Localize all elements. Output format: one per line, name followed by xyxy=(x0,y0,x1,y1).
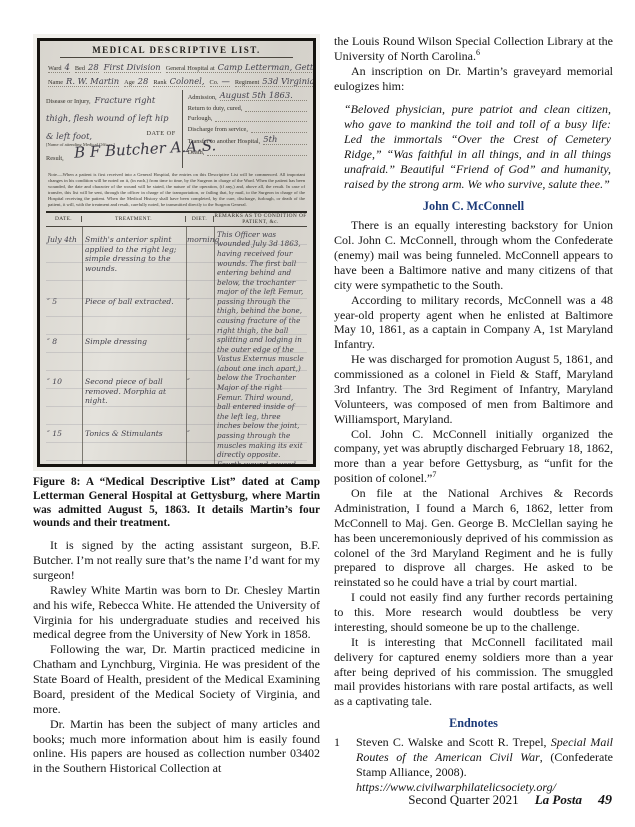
date-row-value: 5th xyxy=(263,134,307,145)
endnote-authors: Steven C. Walske and Scott R. Trepel, xyxy=(356,735,551,749)
form-date-block: Admission,August 5th 1863. Return to dut… xyxy=(182,90,307,168)
medical-descriptive-list-scan: MEDICAL DESCRIPTIVE LIST. Ward4 Bed28 Fi… xyxy=(33,34,320,471)
two-column-layout: MEDICAL DESCRIPTIVE LIST. Ward4 Bed28 Fi… xyxy=(33,34,613,795)
endnote-item: 1 Steven C. Walske and Scott R. Trepel, … xyxy=(334,735,613,795)
treatment-table-header: DATE. TREATMENT. DIET. REMARKS AS TO CON… xyxy=(46,213,307,227)
paragraph-text: the Louis Round Wilson Special Collectio… xyxy=(334,34,613,63)
date-row-value xyxy=(207,147,307,156)
date-row-label: Return to duty, cured, xyxy=(188,105,243,112)
remarks-text: This Officer was wounded July 3d 1863, h… xyxy=(217,230,305,467)
form-disease-block: Disease or Injury, Fracture right thigh,… xyxy=(46,90,182,168)
entry-treatment: Simple dressing xyxy=(85,337,183,347)
entry-date: ″ 8 xyxy=(47,337,81,346)
epitaph-quote: “Beloved physician, pure patriot and cle… xyxy=(344,102,611,193)
body-paragraph: Dr. Martin has been the subject of many … xyxy=(33,717,320,777)
handwritten-value: Camp Letterman, Gettysburg xyxy=(218,62,316,72)
column-header-date: DATE. xyxy=(46,216,82,222)
column-header-treatment: TREATMENT. xyxy=(82,216,186,222)
footnote-marker: 7 xyxy=(432,470,436,479)
handwritten-value: 28 xyxy=(138,76,149,86)
entry-diet: ″ xyxy=(187,337,212,346)
form-label: Co. xyxy=(210,79,219,86)
treatment-table-body: July 4th Smith's anterior splint applied… xyxy=(46,227,307,467)
magazine-page: MEDICAL DESCRIPTIVE LIST. Ward4 Bed28 Fi… xyxy=(33,34,613,795)
entry-diet: ″ xyxy=(187,429,212,438)
date-row-label: Furlough, xyxy=(188,115,213,122)
body-paragraph: It is interesting that McConnell facilit… xyxy=(334,635,613,709)
form-row-name: NameR. W. Martin Age28 RankColonel, Co.—… xyxy=(48,76,305,87)
body-paragraph: the Louis Round Wilson Special Collectio… xyxy=(334,34,613,64)
left-column: MEDICAL DESCRIPTIVE LIST. Ward4 Bed28 Fi… xyxy=(33,34,320,795)
form-label: Name xyxy=(48,79,63,86)
footer-issue: Second Quarter 2021 xyxy=(408,792,518,807)
page-footer: Second Quarter 2021La Posta49 xyxy=(408,792,612,809)
entry-date: ″ 15 xyxy=(47,429,81,438)
entry-treatment: Smith's anterior splint applied to the r… xyxy=(85,235,183,274)
form-row-ward: Ward4 Bed28 First Division General Hospi… xyxy=(48,62,305,73)
form-label: Bed xyxy=(75,65,85,72)
disease-label: Disease or Injury, xyxy=(46,98,91,105)
treatment-table: DATE. TREATMENT. DIET. REMARKS AS TO CON… xyxy=(46,211,307,467)
figure-caption: Figure 8: A “Medical Descriptive List” d… xyxy=(33,476,320,531)
form-label: Rank xyxy=(153,79,166,86)
footer-page-number: 49 xyxy=(598,793,612,808)
body-paragraph: Rawley White Martin was born to Dr. Ches… xyxy=(33,583,320,643)
body-paragraph: It is signed by the acting assistant sur… xyxy=(33,538,320,583)
form-label: General Hospital at xyxy=(166,65,215,72)
date-of-label: DATE OF xyxy=(147,130,176,137)
handwritten-value: First Division xyxy=(104,62,161,72)
form-label: Ward xyxy=(48,65,61,72)
section-heading-endnotes: Endnotes xyxy=(334,716,613,731)
entry-date: ″ 5 xyxy=(47,297,81,306)
body-paragraph: On file at the National Archives & Recor… xyxy=(334,486,613,590)
entry-diet: Full xyxy=(187,465,212,467)
body-paragraph: Col. John C. McConnell initially organiz… xyxy=(334,427,613,487)
entry-treatment: Second piece of ball removed. Morphia at… xyxy=(85,377,183,406)
body-paragraph: He was discharged for promotion August 5… xyxy=(334,352,613,426)
column-header-remarks: REMARKS AS TO CONDITION OF PATIENT, &c. xyxy=(214,213,307,225)
form-label: Age xyxy=(124,79,135,86)
entry-treatment: Tonics & Stimulants xyxy=(85,429,183,439)
date-row-value: August 5th 1863. xyxy=(220,90,307,101)
scan-frame: MEDICAL DESCRIPTIVE LIST. Ward4 Bed28 Fi… xyxy=(37,38,316,467)
handwritten-value: 53d Virginia xyxy=(262,76,314,86)
handwritten-value: 4 xyxy=(64,62,69,72)
body-paragraph: According to military records, McConnell… xyxy=(334,293,613,353)
date-row-label: Admission, xyxy=(188,94,217,101)
date-row-value xyxy=(245,103,307,112)
paragraph-text: Col. John C. McConnell initially organiz… xyxy=(334,427,613,486)
handwritten-value: R. W. Martin xyxy=(66,76,119,86)
handwritten-value: 28 xyxy=(88,62,99,72)
form-label: Regiment xyxy=(235,79,259,86)
entry-date: ″ 10 xyxy=(47,377,81,386)
body-paragraph: Following the war, Dr. Martin practiced … xyxy=(33,642,320,716)
date-row-label: Discharge from service, xyxy=(188,126,248,133)
section-heading-mcconnell: John C. McConnell xyxy=(334,199,613,214)
endnote-number: 1 xyxy=(334,735,356,795)
entry-treatment: ″ xyxy=(85,465,183,467)
column-header-diet: DIET. xyxy=(186,216,214,222)
entry-diet: ″ xyxy=(187,297,212,306)
endnote-body: Steven C. Walske and Scott R. Trepel, Sp… xyxy=(356,735,613,795)
result-label: Result, xyxy=(46,155,64,162)
handwritten-value: Colonel, xyxy=(170,76,205,86)
body-paragraph: There is an equally interesting backstor… xyxy=(334,218,613,292)
body-paragraph: I could not easily find any further reco… xyxy=(334,590,613,635)
entry-diet: ″ xyxy=(187,377,212,386)
entry-treatment: Piece of ball extracted. xyxy=(85,297,183,307)
entry-diet: morning xyxy=(187,235,212,244)
entry-date: July 4th xyxy=(47,235,81,244)
footnote-marker: 6 xyxy=(476,48,480,57)
form-mid-section: Disease or Injury, Fracture right thigh,… xyxy=(46,90,307,168)
figure-8: MEDICAL DESCRIPTIVE LIST. Ward4 Bed28 Fi… xyxy=(33,34,320,531)
form-title: MEDICAL DESCRIPTIVE LIST. xyxy=(60,44,293,58)
body-paragraph: An inscription on Dr. Martin’s graveyard… xyxy=(334,64,613,94)
entry-date: 20th xyxy=(47,465,81,467)
right-column: the Louis Round Wilson Special Collectio… xyxy=(334,34,613,795)
date-row-value xyxy=(251,124,307,133)
form-fine-print: Note.—When a patient is first received i… xyxy=(48,172,305,208)
handwritten-value: — xyxy=(221,76,229,86)
date-row-value xyxy=(215,113,307,122)
footer-magazine-title: La Posta xyxy=(535,792,582,807)
